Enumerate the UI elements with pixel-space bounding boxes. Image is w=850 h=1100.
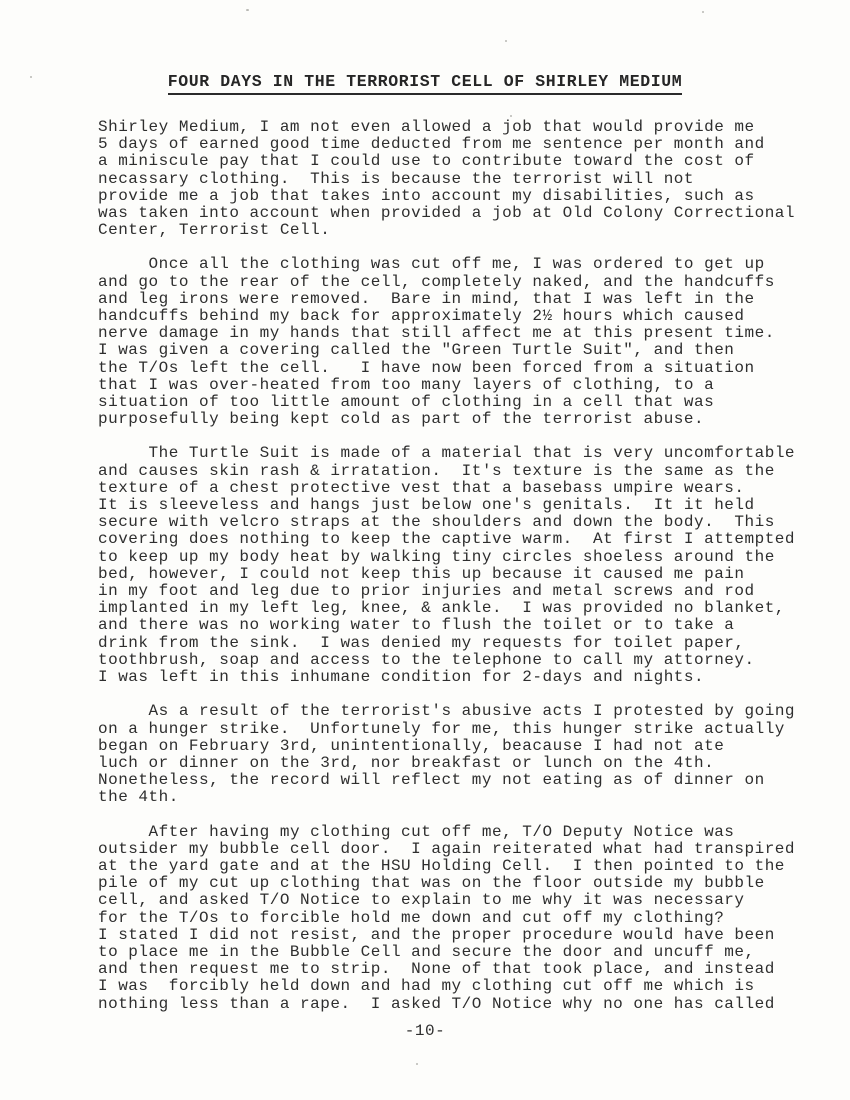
document-page: FOUR DAYS IN THE TERRORIST CELL OF SHIRL…: [0, 0, 850, 1100]
page-number: -10-: [0, 1022, 850, 1040]
scan-speck: [416, 1063, 418, 1065]
paragraph-1: Shirley Medium, I am not even allowed a …: [98, 119, 810, 239]
scan-speck: [505, 40, 507, 42]
scan-speck: [246, 9, 249, 11]
paragraph-5: After having my clothing cut off me, T/O…: [98, 824, 810, 1013]
document-body: Shirley Medium, I am not even allowed a …: [98, 119, 810, 1030]
paragraph-4: As a result of the terrorist's abusive a…: [98, 703, 810, 806]
scan-speck: [510, 115, 512, 117]
paragraph-3: The Turtle Suit is made of a material th…: [98, 445, 810, 686]
document-title: FOUR DAYS IN THE TERRORIST CELL OF SHIRL…: [0, 72, 850, 95]
paragraph-2: Once all the clothing was cut off me, I …: [98, 256, 810, 428]
document-title-text: FOUR DAYS IN THE TERRORIST CELL OF SHIRL…: [168, 72, 683, 95]
scan-speck: [702, 11, 704, 13]
